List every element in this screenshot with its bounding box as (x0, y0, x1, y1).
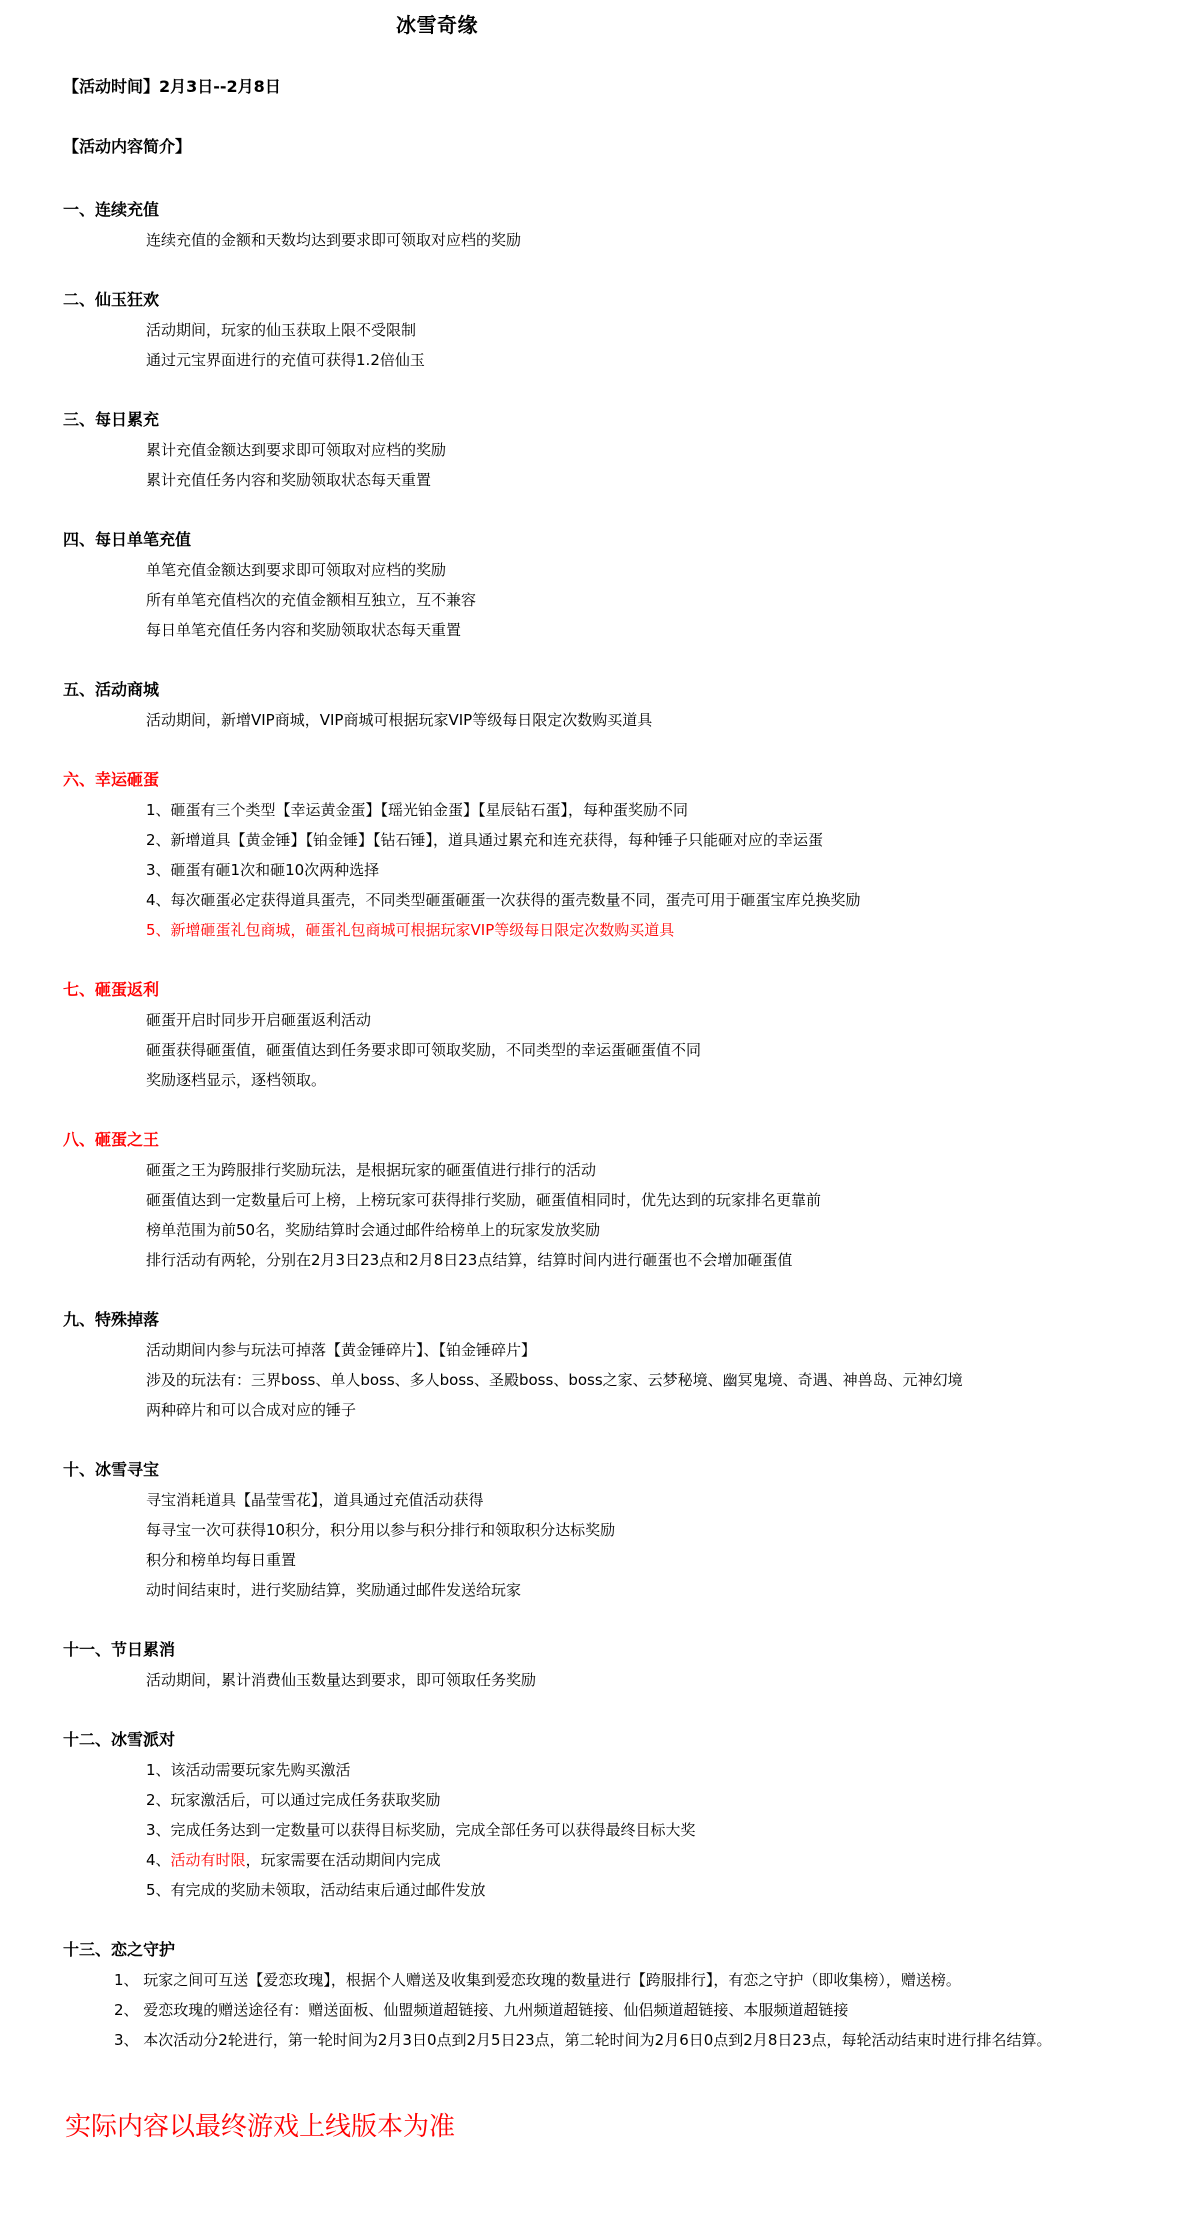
section-heading: 四、每日单笔充值 (0, 525, 1184, 555)
section-daily-cumulative-recharge: 三、每日累充 累计充值金额达到要求即可领取对应档的奖励 累计充值任务内容和奖励领… (0, 405, 1184, 495)
document-page: 冰雪奇缘 【活动时间】2月3日--2月8日 【活动内容简介】 一、连续充值 连续… (0, 0, 1184, 14)
section-line: 连续充值的金额和天数均达到要求即可领取对应档的奖励 (0, 225, 1184, 255)
section-heading: 一、连续充值 (0, 195, 1184, 225)
section-snow-party: 十二、冰雪派对 1、该活动需要玩家先购买激活 2、玩家激活后，可以通过完成任务获… (0, 1725, 1184, 1905)
section-festival-spending: 十一、节日累消 活动期间，累计消费仙玉数量达到要求，即可领取任务奖励 (0, 1635, 1184, 1695)
list-item: 2、玩家激活后，可以通过完成任务获取奖励 (0, 1785, 1184, 1815)
section-heading: 六、幸运砸蛋 (0, 765, 1184, 795)
section-line: 活动期间，累计消费仙玉数量达到要求，即可领取任务奖励 (0, 1665, 1184, 1695)
section-line: 动时间结束时，进行奖励结算，奖励通过邮件发送给玩家 (0, 1575, 1184, 1605)
section-line: 砸蛋之王为跨服排行奖励玩法，是根据玩家的砸蛋值进行排行的活动 (0, 1155, 1184, 1185)
list-item: 2、 爱恋玫瑰的赠送途径有：赠送面板、仙盟频道超链接、九州频道超链接、仙侣频道超… (0, 1995, 1184, 2025)
page-title: 冰雪奇缘 (396, 12, 478, 38)
section-line: 活动期间内参与玩法可掉落【黄金锤碎片】、【铂金锤碎片】 (0, 1335, 1184, 1365)
intro-heading: 【活动内容简介】 (63, 135, 191, 159)
section-line: 通过元宝界面进行的充值可获得1.2倍仙玉 (0, 345, 1184, 375)
section-line: 所有单笔充值档次的充值金额相互独立，互不兼容 (0, 585, 1184, 615)
list-item: 1、该活动需要玩家先购买激活 (0, 1755, 1184, 1785)
section-heading: 七、砸蛋返利 (0, 975, 1184, 1005)
section-line: 积分和榜单均每日重置 (0, 1545, 1184, 1575)
section-heading: 五、活动商城 (0, 675, 1184, 705)
section-heading: 九、特殊掉落 (0, 1305, 1184, 1335)
section-heading: 十一、节日累消 (0, 1635, 1184, 1665)
section-continuous-recharge: 一、连续充值 连续充值的金额和天数均达到要求即可领取对应档的奖励 (0, 195, 1184, 255)
section-heading: 十、冰雪寻宝 (0, 1455, 1184, 1485)
section-line: 榜单范围为前50名，奖励结算时会通过邮件给榜单上的玩家发放奖励 (0, 1215, 1184, 1245)
list-item-rest: ，玩家需要在活动期间内完成 (246, 1851, 441, 1869)
list-item-highlighted: 5、新增砸蛋礼包商城，砸蛋礼包商城可根据玩家VIP等级每日限定次数购买道具 (0, 915, 1184, 945)
section-egg-smash-rebate: 七、砸蛋返利 砸蛋开启时同步开启砸蛋返利活动 砸蛋获得砸蛋值，砸蛋值达到任务要求… (0, 975, 1184, 1095)
list-item: 1、砸蛋有三个类型【幸运黄金蛋】【瑶光铂金蛋】【星辰钻石蛋】，每种蛋奖励不同 (0, 795, 1184, 825)
section-special-drops: 九、特殊掉落 活动期间内参与玩法可掉落【黄金锤碎片】、【铂金锤碎片】 涉及的玩法… (0, 1305, 1184, 1425)
section-lucky-egg-smash: 六、幸运砸蛋 1、砸蛋有三个类型【幸运黄金蛋】【瑶光铂金蛋】【星辰钻石蛋】，每种… (0, 765, 1184, 945)
section-jade-carnival: 二、仙玉狂欢 活动期间，玩家的仙玉获取上限不受限制 通过元宝界面进行的充值可获得… (0, 285, 1184, 375)
section-line: 砸蛋获得砸蛋值，砸蛋值达到任务要求即可领取奖励，不同类型的幸运蛋砸蛋值不同 (0, 1035, 1184, 1065)
section-snow-treasure-hunt: 十、冰雪寻宝 寻宝消耗道具【晶莹雪花】，道具通过充值活动获得 每寻宝一次可获得1… (0, 1455, 1184, 1605)
highlighted-text: 活动有时限 (171, 1851, 246, 1869)
section-line: 奖励逐档显示，逐档领取。 (0, 1065, 1184, 1095)
list-item: 1、 玩家之间可互送【爱恋玫瑰】，根据个人赠送及收集到爱恋玫瑰的数量进行【跨服排… (0, 1965, 1184, 1995)
section-heading: 八、砸蛋之王 (0, 1125, 1184, 1155)
section-line: 累计充值任务内容和奖励领取状态每天重置 (0, 465, 1184, 495)
section-line: 累计充值金额达到要求即可领取对应档的奖励 (0, 435, 1184, 465)
activity-time: 【活动时间】2月3日--2月8日 (63, 75, 281, 99)
list-item: 3、完成任务达到一定数量可以获得目标奖励，完成全部任务可以获得最终目标大奖 (0, 1815, 1184, 1845)
list-item-mixed: 4、活动有时限，玩家需要在活动期间内完成 (0, 1845, 1184, 1875)
section-line: 每寻宝一次可获得10积分，积分用以参与积分排行和领取积分达标奖励 (0, 1515, 1184, 1545)
list-item: 4、每次砸蛋必定获得道具蛋壳，不同类型砸蛋砸蛋一次获得的蛋壳数量不同，蛋壳可用于… (0, 885, 1184, 915)
sections-container: 一、连续充值 连续充值的金额和天数均达到要求即可领取对应档的奖励 二、仙玉狂欢 … (0, 195, 1184, 2085)
section-line: 砸蛋开启时同步开启砸蛋返利活动 (0, 1005, 1184, 1035)
section-line: 排行活动有两轮，分别在2月3日23点和2月8日23点结算，结算时间内进行砸蛋也不… (0, 1245, 1184, 1275)
section-line: 活动期间，新增VIP商城，VIP商城可根据玩家VIP等级每日限定次数购买道具 (0, 705, 1184, 735)
section-daily-single-recharge: 四、每日单笔充值 单笔充值金额达到要求即可领取对应档的奖励 所有单笔充值档次的充… (0, 525, 1184, 645)
section-line: 砸蛋值达到一定数量后可上榜，上榜玩家可获得排行奖励，砸蛋值相同时，优先达到的玩家… (0, 1185, 1184, 1215)
section-egg-smash-king: 八、砸蛋之王 砸蛋之王为跨服排行奖励玩法，是根据玩家的砸蛋值进行排行的活动 砸蛋… (0, 1125, 1184, 1275)
section-line: 涉及的玩法有：三界boss、单人boss、多人boss、圣殿boss、boss之… (0, 1365, 1184, 1395)
section-line: 活动期间，玩家的仙玉获取上限不受限制 (0, 315, 1184, 345)
section-activity-shop: 五、活动商城 活动期间，新增VIP商城，VIP商城可根据玩家VIP等级每日限定次… (0, 675, 1184, 735)
section-heading: 三、每日累充 (0, 405, 1184, 435)
section-line: 两种碎片和可以合成对应的锤子 (0, 1395, 1184, 1425)
section-line: 单笔充值金额达到要求即可领取对应档的奖励 (0, 555, 1184, 585)
section-line: 每日单笔充值任务内容和奖励领取状态每天重置 (0, 615, 1184, 645)
section-heading: 二、仙玉狂欢 (0, 285, 1184, 315)
list-item: 3、 本次活动分2轮进行，第一轮时间为2月3日0点到2月5日23点，第二轮时间为… (0, 2025, 1184, 2055)
section-line: 寻宝消耗道具【晶莹雪花】，道具通过充值活动获得 (0, 1485, 1184, 1515)
section-heading: 十三、恋之守护 (0, 1935, 1184, 1965)
section-heading: 十二、冰雪派对 (0, 1725, 1184, 1755)
list-item: 2、新增道具【黄金锤】【铂金锤】【钻石锤】，道具通过累充和连充获得，每种锤子只能… (0, 825, 1184, 855)
list-item: 5、有完成的奖励未领取，活动结束后通过邮件发放 (0, 1875, 1184, 1905)
list-item: 3、砸蛋有砸1次和砸10次两种选择 (0, 855, 1184, 885)
section-love-guardian: 十三、恋之守护 1、 玩家之间可互送【爱恋玫瑰】，根据个人赠送及收集到爱恋玫瑰的… (0, 1935, 1184, 2055)
list-item-prefix: 4、 (146, 1851, 171, 1869)
final-version-notice: 实际内容以最终游戏上线版本为准 (65, 2110, 455, 2144)
